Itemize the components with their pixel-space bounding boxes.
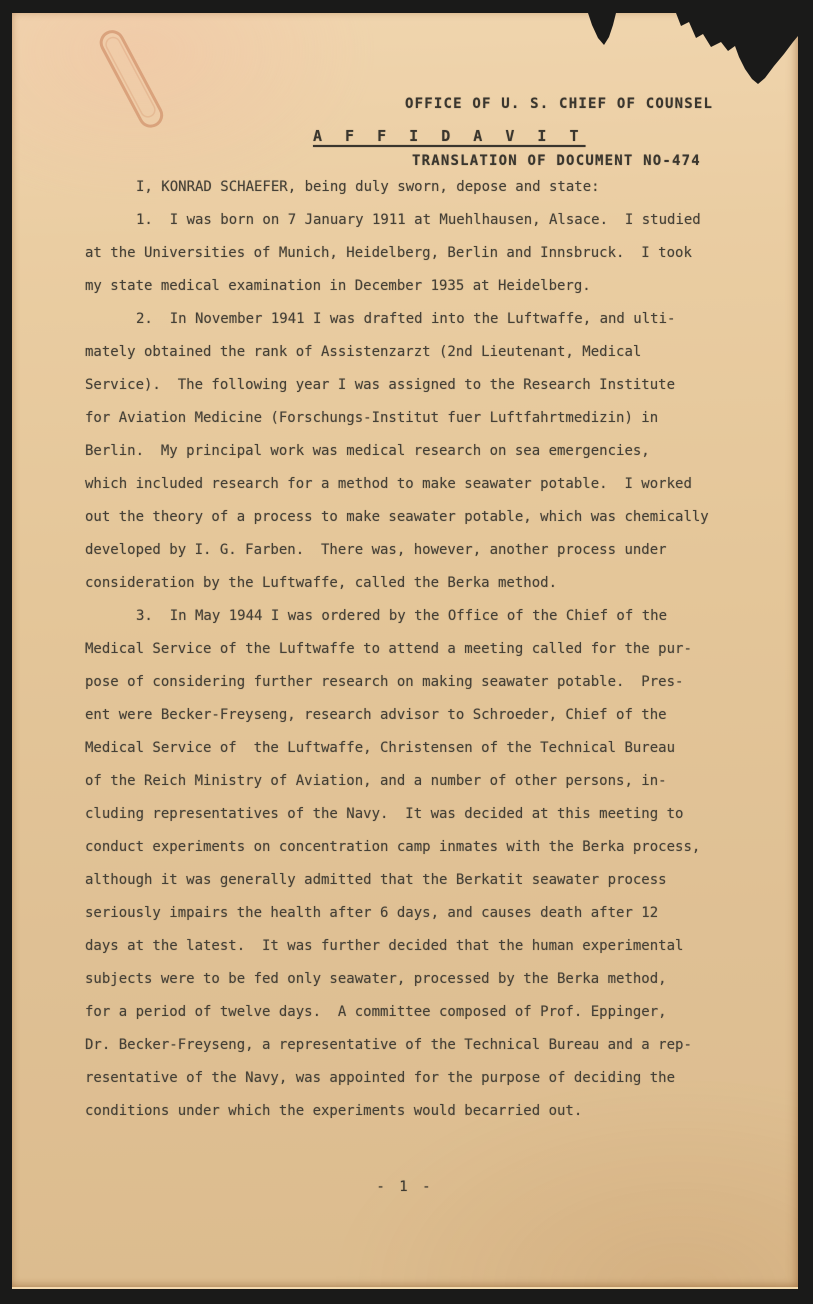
body-line: 1. I was born on 7 January 1911 at Muehl… [85, 204, 745, 237]
body-line: Medical Service of the Luftwaffe to atte… [85, 633, 745, 666]
body-line: Dr. Becker-Freyseng, a representative of… [85, 1029, 745, 1062]
header-translation-line: TRANSLATION OF DOCUMENT NO-474 [405, 152, 713, 171]
header-office-line: OFFICE OF U. S. CHIEF OF COUNSEL [405, 95, 713, 114]
page-number: - 1 - [12, 1179, 798, 1195]
body-line: conduct experiments on concentration cam… [85, 831, 745, 864]
body-line: at the Universities of Munich, Heidelber… [85, 237, 745, 270]
body-line: which included research for a method to … [85, 468, 745, 501]
body-line: conditions under which the experiments w… [85, 1095, 745, 1128]
body-line: seriously impairs the health after 6 day… [85, 897, 745, 930]
body-line: 2. In November 1941 I was drafted into t… [85, 303, 745, 336]
body-line: ent were Becker-Freyseng, research advis… [85, 699, 745, 732]
body-line: although it was generally admitted that … [85, 864, 745, 897]
body-line: I, KONRAD SCHAEFER, being duly sworn, de… [85, 171, 745, 204]
body-line: for a period of twelve days. A committee… [85, 996, 745, 1029]
paperclip-rust-mark [72, 17, 212, 167]
body-line: 3. In May 1944 I was ordered by the Offi… [85, 600, 745, 633]
torn-top-notch [588, 13, 616, 45]
body-line: pose of considering further research on … [85, 666, 745, 699]
body-line: developed by I. G. Farben. There was, ho… [85, 534, 745, 567]
scan-background: OFFICE OF U. S. CHIEF OF COUNSEL TRANSLA… [0, 0, 813, 1304]
body-line: days at the latest. It was further decid… [85, 930, 745, 963]
body-line: cluding representatives of the Navy. It … [85, 798, 745, 831]
body-line: mately obtained the rank of Assistenzarz… [85, 336, 745, 369]
body-line: Service). The following year I was assig… [85, 369, 745, 402]
body-line: of the Reich Ministry of Aviation, and a… [85, 765, 745, 798]
body-line: Medical Service of the Luftwaffe, Christ… [85, 732, 745, 765]
body-text: I, KONRAD SCHAEFER, being duly sworn, de… [85, 171, 745, 1128]
document-page: OFFICE OF U. S. CHIEF OF COUNSEL TRANSLA… [12, 13, 798, 1289]
body-line: Berlin. My principal work was medical re… [85, 435, 745, 468]
body-line: out the theory of a process to make seaw… [85, 501, 745, 534]
body-line: resentative of the Navy, was appointed f… [85, 1062, 745, 1095]
body-line: subjects were to be fed only seawater, p… [85, 963, 745, 996]
body-line: consideration by the Luftwaffe, called t… [85, 567, 745, 600]
body-line: my state medical examination in December… [85, 270, 745, 303]
document-title: A F F I D A V I T [313, 125, 586, 147]
body-line: for Aviation Medicine (Forschungs-Instit… [85, 402, 745, 435]
